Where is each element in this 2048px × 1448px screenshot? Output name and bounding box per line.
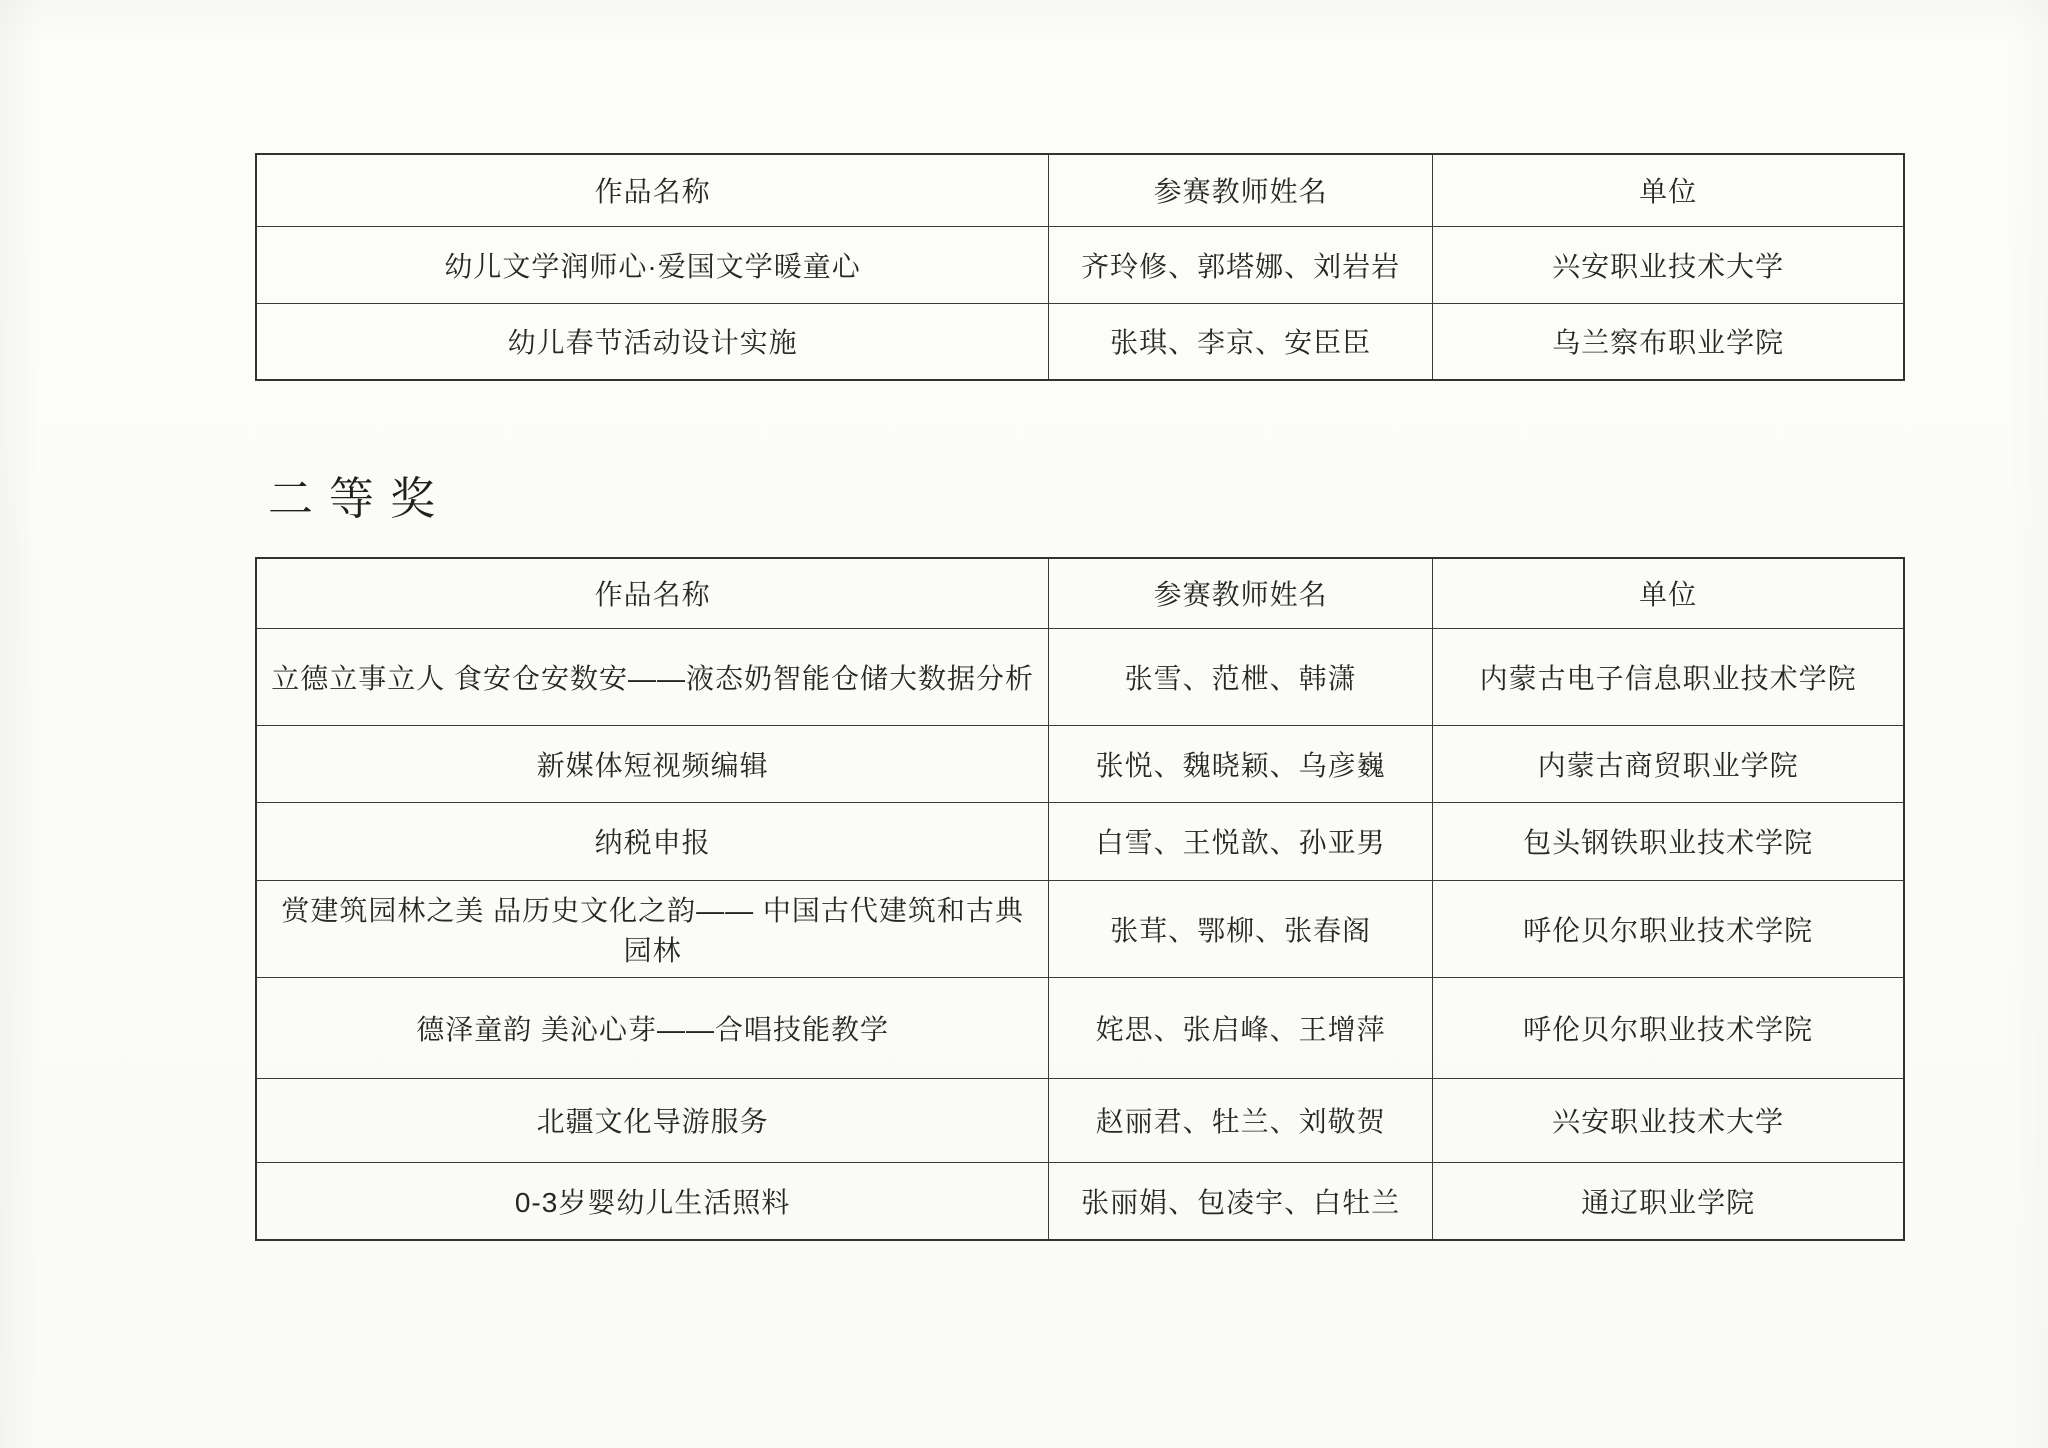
work-name-cell: 北疆文化导游服务	[256, 1078, 1049, 1162]
teacher-names-cell: 姹思、张启峰、王增萍	[1049, 977, 1433, 1078]
table-row: 0-3岁婴幼儿生活照料张丽娟、包凌宇、白牡兰通辽职业学院	[256, 1162, 1904, 1240]
work-name-cell: 新媒体短视频编辑	[256, 725, 1049, 802]
award-table-second-header: 作品名称 参赛教师姓名 单位	[256, 558, 1904, 628]
unit-cell: 内蒙古电子信息职业技术学院	[1433, 628, 1904, 725]
award-table-top-header: 作品名称 参赛教师姓名 单位	[256, 154, 1904, 226]
teacher-names-cell: 齐玲修、郭塔娜、刘岩岩	[1049, 226, 1433, 303]
table-row: 新媒体短视频编辑张悦、魏晓颖、乌彦巍内蒙古商贸职业学院	[256, 725, 1904, 802]
unit-cell: 兴安职业技术大学	[1433, 226, 1904, 303]
column-header-unit: 单位	[1433, 154, 1904, 226]
teacher-names-cell: 赵丽君、牡兰、刘敬贺	[1049, 1078, 1433, 1162]
teacher-names-cell: 张茸、鄂柳、张春阁	[1049, 880, 1433, 977]
award-table-top: 作品名称 参赛教师姓名 单位 幼儿文学润师心·爱国文学暖童心齐玲修、郭塔娜、刘岩…	[255, 153, 1905, 381]
teacher-names-cell: 张悦、魏晓颖、乌彦巍	[1049, 725, 1433, 802]
work-name-cell: 幼儿春节活动设计实施	[256, 303, 1049, 380]
unit-cell: 兴安职业技术大学	[1433, 1078, 1904, 1162]
work-name-cell: 赏建筑园林之美 品历史文化之韵—— 中国古代建筑和古典园林	[256, 880, 1049, 977]
teacher-names-cell: 白雪、王悦歆、孙亚男	[1049, 802, 1433, 880]
award-table-second-body: 立德立事立人 食安仓安数安——液态奶智能仓储大数据分析张雪、范枻、韩潇内蒙古电子…	[256, 628, 1904, 1240]
column-header-work-name: 作品名称	[256, 558, 1049, 628]
column-header-teacher-names: 参赛教师姓名	[1049, 558, 1433, 628]
teacher-names-cell: 张丽娟、包凌宇、白牡兰	[1049, 1162, 1433, 1240]
work-name-cell: 幼儿文学润师心·爱国文学暖童心	[256, 226, 1049, 303]
work-name-cell: 纳税申报	[256, 802, 1049, 880]
table-row: 幼儿春节活动设计实施张琪、李京、安臣臣乌兰察布职业学院	[256, 303, 1904, 380]
teacher-names-cell: 张琪、李京、安臣臣	[1049, 303, 1433, 380]
unit-cell: 呼伦贝尔职业技术学院	[1433, 880, 1904, 977]
work-name-cell: 0-3岁婴幼儿生活照料	[256, 1162, 1049, 1240]
unit-cell: 包头钢铁职业技术学院	[1433, 802, 1904, 880]
award-table-second-prize: 作品名称 参赛教师姓名 单位 立德立事立人 食安仓安数安——液态奶智能仓储大数据…	[255, 557, 1905, 1241]
header-row: 作品名称 参赛教师姓名 单位	[256, 154, 1904, 226]
header-row: 作品名称 参赛教师姓名 单位	[256, 558, 1904, 628]
work-name-cell: 立德立事立人 食安仓安数安——液态奶智能仓储大数据分析	[256, 628, 1049, 725]
scanned-document-page: 作品名称 参赛教师姓名 单位 幼儿文学润师心·爱国文学暖童心齐玲修、郭塔娜、刘岩…	[0, 0, 2048, 1448]
unit-cell: 呼伦贝尔职业技术学院	[1433, 977, 1904, 1078]
second-prize-heading: 二等奖	[268, 462, 451, 527]
column-header-unit: 单位	[1433, 558, 1904, 628]
teacher-names-cell: 张雪、范枻、韩潇	[1049, 628, 1433, 725]
award-table-top-body: 幼儿文学润师心·爱国文学暖童心齐玲修、郭塔娜、刘岩岩兴安职业技术大学幼儿春节活动…	[256, 226, 1904, 380]
unit-cell: 乌兰察布职业学院	[1433, 303, 1904, 380]
table-row: 立德立事立人 食安仓安数安——液态奶智能仓储大数据分析张雪、范枻、韩潇内蒙古电子…	[256, 628, 1904, 725]
column-header-work-name: 作品名称	[256, 154, 1049, 226]
table-row: 赏建筑园林之美 品历史文化之韵—— 中国古代建筑和古典园林张茸、鄂柳、张春阁呼伦…	[256, 880, 1904, 977]
column-header-teacher-names: 参赛教师姓名	[1049, 154, 1433, 226]
table-row: 纳税申报白雪、王悦歆、孙亚男包头钢铁职业技术学院	[256, 802, 1904, 880]
unit-cell: 通辽职业学院	[1433, 1162, 1904, 1240]
work-name-cell: 德泽童韵 美沁心芽——合唱技能教学	[256, 977, 1049, 1078]
table-row: 北疆文化导游服务赵丽君、牡兰、刘敬贺兴安职业技术大学	[256, 1078, 1904, 1162]
table-row: 幼儿文学润师心·爱国文学暖童心齐玲修、郭塔娜、刘岩岩兴安职业技术大学	[256, 226, 1904, 303]
unit-cell: 内蒙古商贸职业学院	[1433, 725, 1904, 802]
table-row: 德泽童韵 美沁心芽——合唱技能教学姹思、张启峰、王增萍呼伦贝尔职业技术学院	[256, 977, 1904, 1078]
